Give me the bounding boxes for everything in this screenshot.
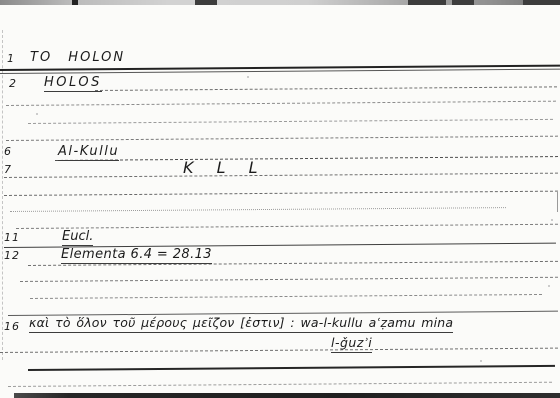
scan-speck (36, 113, 38, 115)
rule-line (30, 294, 542, 299)
margin-number-11: 11 (4, 232, 20, 243)
margin-number-6: 6 (4, 146, 12, 157)
entry-al-kullu: Al-Kullu (58, 145, 119, 161)
scanned-index-card: 1 TO HOLON 2 HOLOS 6 Al-Kullu 7 K L L 11… (0, 0, 560, 398)
scan-speck (548, 285, 550, 287)
rule-line (95, 86, 557, 91)
rule-line (6, 101, 556, 106)
rule-line (0, 348, 558, 353)
entry-kll-root: K L L (183, 160, 267, 176)
entry-greek-arabic-quote: καὶ τὸ ὅλον τοῦ μέρους μεῖζον [ἐστιν] : … (29, 317, 453, 333)
entry-to-holon: TO HOLON (30, 51, 125, 64)
rule-line (8, 382, 552, 387)
scan-edge-bottom (14, 393, 560, 398)
scan-speck (551, 219, 553, 221)
rule-line (20, 277, 558, 282)
rule-line (4, 173, 558, 178)
entry-greek-arabic-quote-continuation: l-ǧuzʾi (331, 337, 372, 353)
margin-number-7: 7 (4, 164, 12, 175)
scan-speck (480, 360, 482, 362)
scan-speck (247, 76, 249, 78)
entry-elementa-reference: Elementa 6.4 = 28.13 (61, 248, 212, 264)
rule-line (55, 156, 558, 161)
rule-line (16, 224, 558, 229)
rule-line (4, 191, 558, 196)
margin-number-12: 12 (4, 250, 20, 261)
margin-number-2: 2 (9, 78, 17, 89)
rule-line (28, 365, 555, 371)
rule-line (28, 119, 553, 124)
rule-line (10, 207, 506, 212)
entry-eucl: Eucl. (62, 230, 93, 246)
entry-holos: HOLOS (44, 76, 102, 92)
margin-number-1: 1 (7, 53, 15, 64)
margin-number-16: 16 (4, 321, 20, 332)
rule-line (6, 136, 558, 141)
